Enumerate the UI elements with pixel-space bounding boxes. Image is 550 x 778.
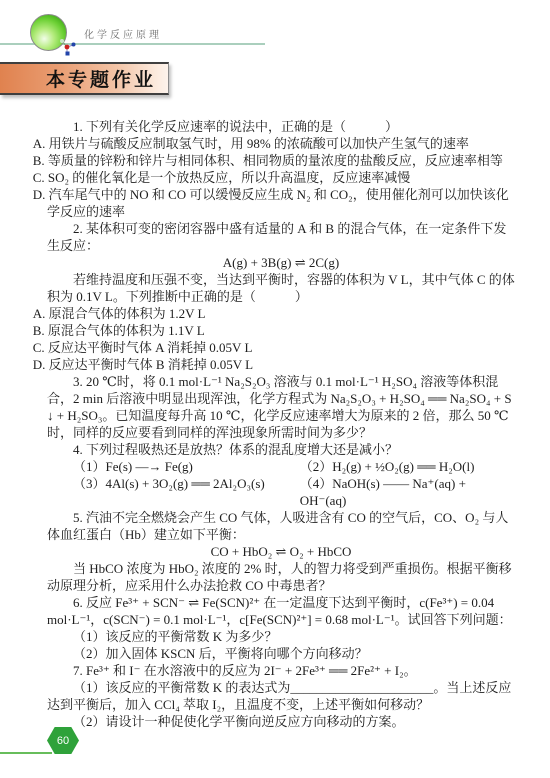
q4-row-1: （1）Fe(s) —→ Fe(g) （2）H₂(g) + ½O₂(g) ══ H… — [47, 458, 515, 475]
q4-item-2: （2）H₂(g) + ½O₂(g) ══ H₂O(l) — [300, 458, 515, 475]
q5-stem: 5. 汽油不完全燃烧会产生 CO 气体，人吸进含有 CO 的空气后，CO、O₂ … — [47, 509, 515, 543]
q2-stem: 2. 某体积可变的密闭容器中盛有适量的 A 和 B 的混合气体，在一定条件下发生… — [47, 220, 515, 254]
q6-stem: 6. 反应 Fe³⁺ + SCN⁻ ⇌ Fe(SCN)²⁺ 在一定温度下达到平衡… — [47, 594, 515, 628]
book-title: 化学反应原理 — [84, 26, 162, 41]
q5-cont: 当 HbCO 浓度为 HbO₂ 浓度的 2% 时，人的智力将受到严重损伤。根据平… — [47, 560, 515, 594]
questions-area: 1. 下列有关化学反应速率的说法中，正确的是（ ） A. 用铁片与硫酸反应制取氢… — [47, 118, 515, 730]
q4-item-4: （4）NaOH(s) —— Na⁺(aq) + OH⁻(aq) — [300, 475, 515, 509]
q1-option-b: B. 等质量的锌粉和锌片与相同体积、相同物质的量浓度的盐酸反应，反应速率相等 — [47, 152, 515, 169]
q1-option-a: A. 用铁片与硫酸反应制取氢气时，用 98% 的浓硫酸可以加快产生氢气的速率 — [47, 135, 515, 152]
footer-rule — [0, 752, 52, 754]
q6-sub-1: （1）该反应的平衡常数 K 为多少？ — [47, 628, 515, 645]
q1-option-d: D. 汽车尾气中的 NO 和 CO 可以缓慢反应生成 N₂ 和 CO₂，使用催化… — [47, 186, 515, 220]
q4-item-1: （1）Fe(s) —→ Fe(g) — [47, 458, 300, 475]
section-banner: 本专题作业 — [0, 62, 169, 95]
q4-stem: 4. 下列过程吸热还是放热？体系的混乱度增大还是减小？ — [47, 441, 515, 458]
page-number-badge: 60 — [47, 727, 79, 754]
q4-row-2: （3）4Al(s) + 3O₂(g) ══ 2Al₂O₃(s) （4）NaOH(… — [47, 475, 515, 509]
q2-option-a: A. 原混合气体的体积为 1.2V L — [47, 305, 515, 322]
q3-text: 3. 20 ℃时，将 0.1 mol·L⁻¹ Na₂S₂O₃ 溶液与 0.1 m… — [47, 373, 515, 441]
molecule-icon — [58, 38, 80, 58]
q7-stem: 7. Fe³⁺ 和 I⁻ 在水溶液中的反应为 2I⁻ + 2Fe³⁺ ══ 2F… — [47, 662, 515, 679]
q7-sub-2: （2）请设计一种促使化学平衡向逆反应方向移动的方案。 — [47, 713, 515, 730]
q7-sub-1: （1）该反应的平衡常数 K 的表达式为_____________________… — [47, 679, 515, 713]
q2-cont: 若维持温度和压强不变，当达到平衡时，容器的体积为 V L，其中气体 C 的体积为… — [47, 271, 515, 305]
section-banner-title: 本专题作业 — [0, 65, 156, 92]
q2-option-b: B. 原混合气体的体积为 1.1V L — [47, 322, 515, 339]
q1-stem: 1. 下列有关化学反应速率的说法中，正确的是（ ） — [47, 118, 515, 135]
q6-sub-2: （2）加入固体 KSCN 后，平衡将向哪个方向移动？ — [47, 645, 515, 662]
q1-option-c: C. SO₂ 的催化氧化是一个放热反应，所以升高温度，反应速率减慢 — [47, 169, 515, 186]
q2-option-c: C. 反应达平衡时气体 A 消耗掉 0.05V L — [47, 339, 515, 356]
q5-equation: CO + HbO₂ ⇌ O₂ + HbCO — [47, 543, 515, 560]
q4-item-3: （3）4Al(s) + 3O₂(g) ══ 2Al₂O₃(s) — [47, 475, 300, 509]
q2-option-d: D. 反应达平衡时气体 B 消耗掉 0.05V L — [47, 356, 515, 373]
q2-equation: A(g) + 3B(g) ⇌ 2C(g) — [47, 254, 515, 271]
